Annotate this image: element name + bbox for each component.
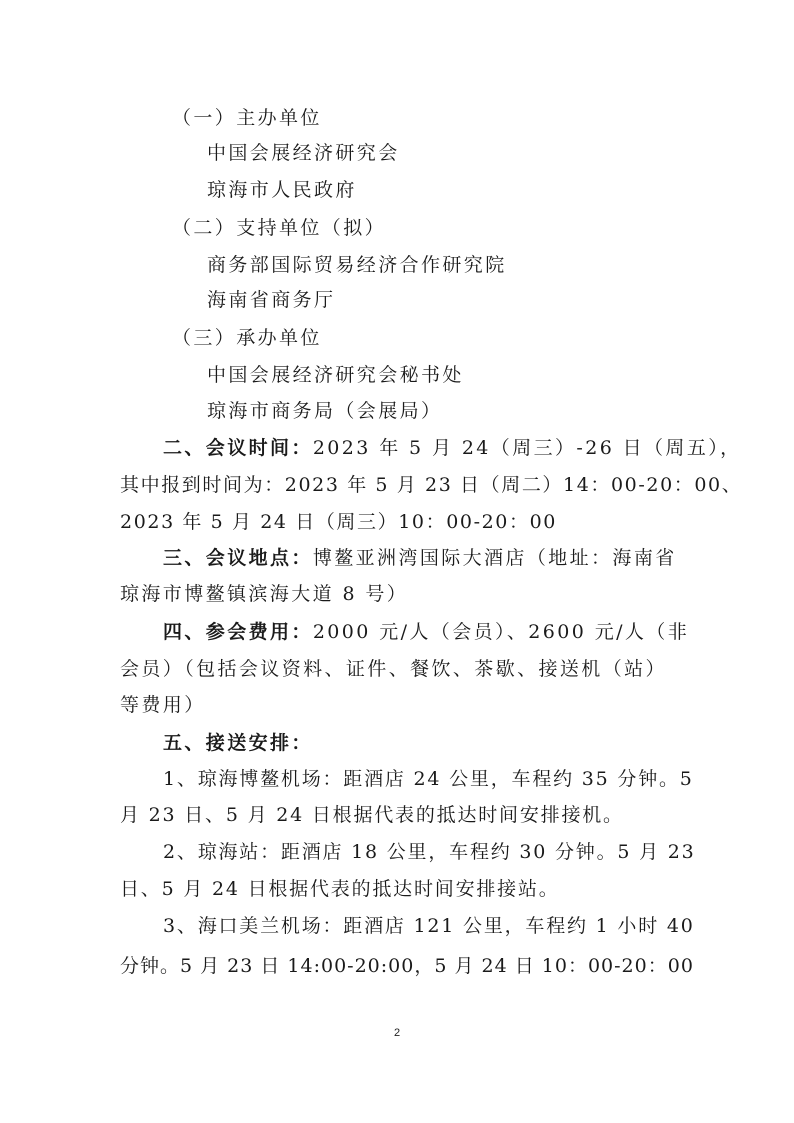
page-number: 2 — [0, 1027, 794, 1039]
time-text: 其中报到时间为：2023 年 5 月 23 日（周二）14：00-20：00、 — [120, 472, 742, 498]
host-heading: （一）主办单位 — [172, 105, 322, 131]
host-item: 琼海市人民政府 — [207, 177, 357, 203]
undertake-heading: （三）承办单位 — [172, 325, 322, 351]
support-item: 海南省商务厅 — [207, 287, 335, 313]
fees-label: 四、参会费用： — [163, 621, 313, 643]
venue-paragraph-line: 三、会议地点：博鳌亚洲湾国际大酒店（地址：海南省 — [163, 545, 677, 571]
time-paragraph-line: 二、会议时间：2023 年 5 月 24（周三）-26 日（周五）， — [163, 435, 742, 461]
transport-item-3: 分钟。5 月 23 日 14:00-20:00，5 月 24 日 10：00-2… — [120, 953, 694, 979]
time-text: 2023 年 5 月 24 日（周三）10：00-20：00 — [120, 509, 557, 535]
venue-label: 三、会议地点： — [163, 547, 313, 569]
venue-text: 琼海市博鳌镇滨海大道 8 号） — [120, 581, 408, 607]
transport-item-2: 日、5 月 24 日根据代表的抵达时间安排接站。 — [120, 876, 560, 902]
time-text: 2023 年 5 月 24（周三）-26 日（周五）， — [313, 437, 742, 459]
transport-item-1: 月 23 日、5 月 24 日根据代表的抵达时间安排接机。 — [120, 802, 624, 828]
support-item: 商务部国际贸易经济合作研究院 — [207, 252, 507, 278]
transport-item-3: 3、海口美兰机场：距酒店 121 公里，车程约 1 小时 40 — [163, 913, 695, 939]
venue-text: 博鳌亚洲湾国际大酒店（地址：海南省 — [313, 547, 677, 569]
support-heading: （二）支持单位（拟） — [172, 215, 386, 241]
undertake-item: 中国会展经济研究会秘书处 — [207, 362, 464, 388]
time-label: 二、会议时间： — [163, 437, 313, 459]
fees-text: 2000 元/人（会员）、2600 元/人（非 — [313, 621, 689, 643]
transport-label: 五、接送安排： — [163, 730, 313, 756]
fees-paragraph-line: 四、参会费用：2000 元/人（会员）、2600 元/人（非 — [163, 619, 689, 645]
host-item: 中国会展经济研究会 — [207, 140, 400, 166]
transport-item-1: 1、琼海博鳌机场：距酒店 24 公里，车程约 35 分钟。5 — [163, 766, 694, 792]
undertake-item: 琼海市商务局（会展局） — [207, 398, 442, 424]
fees-text: 会员）（包括会议资料、证件、餐饮、茶歇、接送机（站） — [120, 656, 667, 682]
fees-text: 等费用） — [120, 692, 206, 718]
transport-item-2: 2、琼海站：距酒店 18 公里，车程约 30 分钟。5 月 23 — [163, 839, 696, 865]
